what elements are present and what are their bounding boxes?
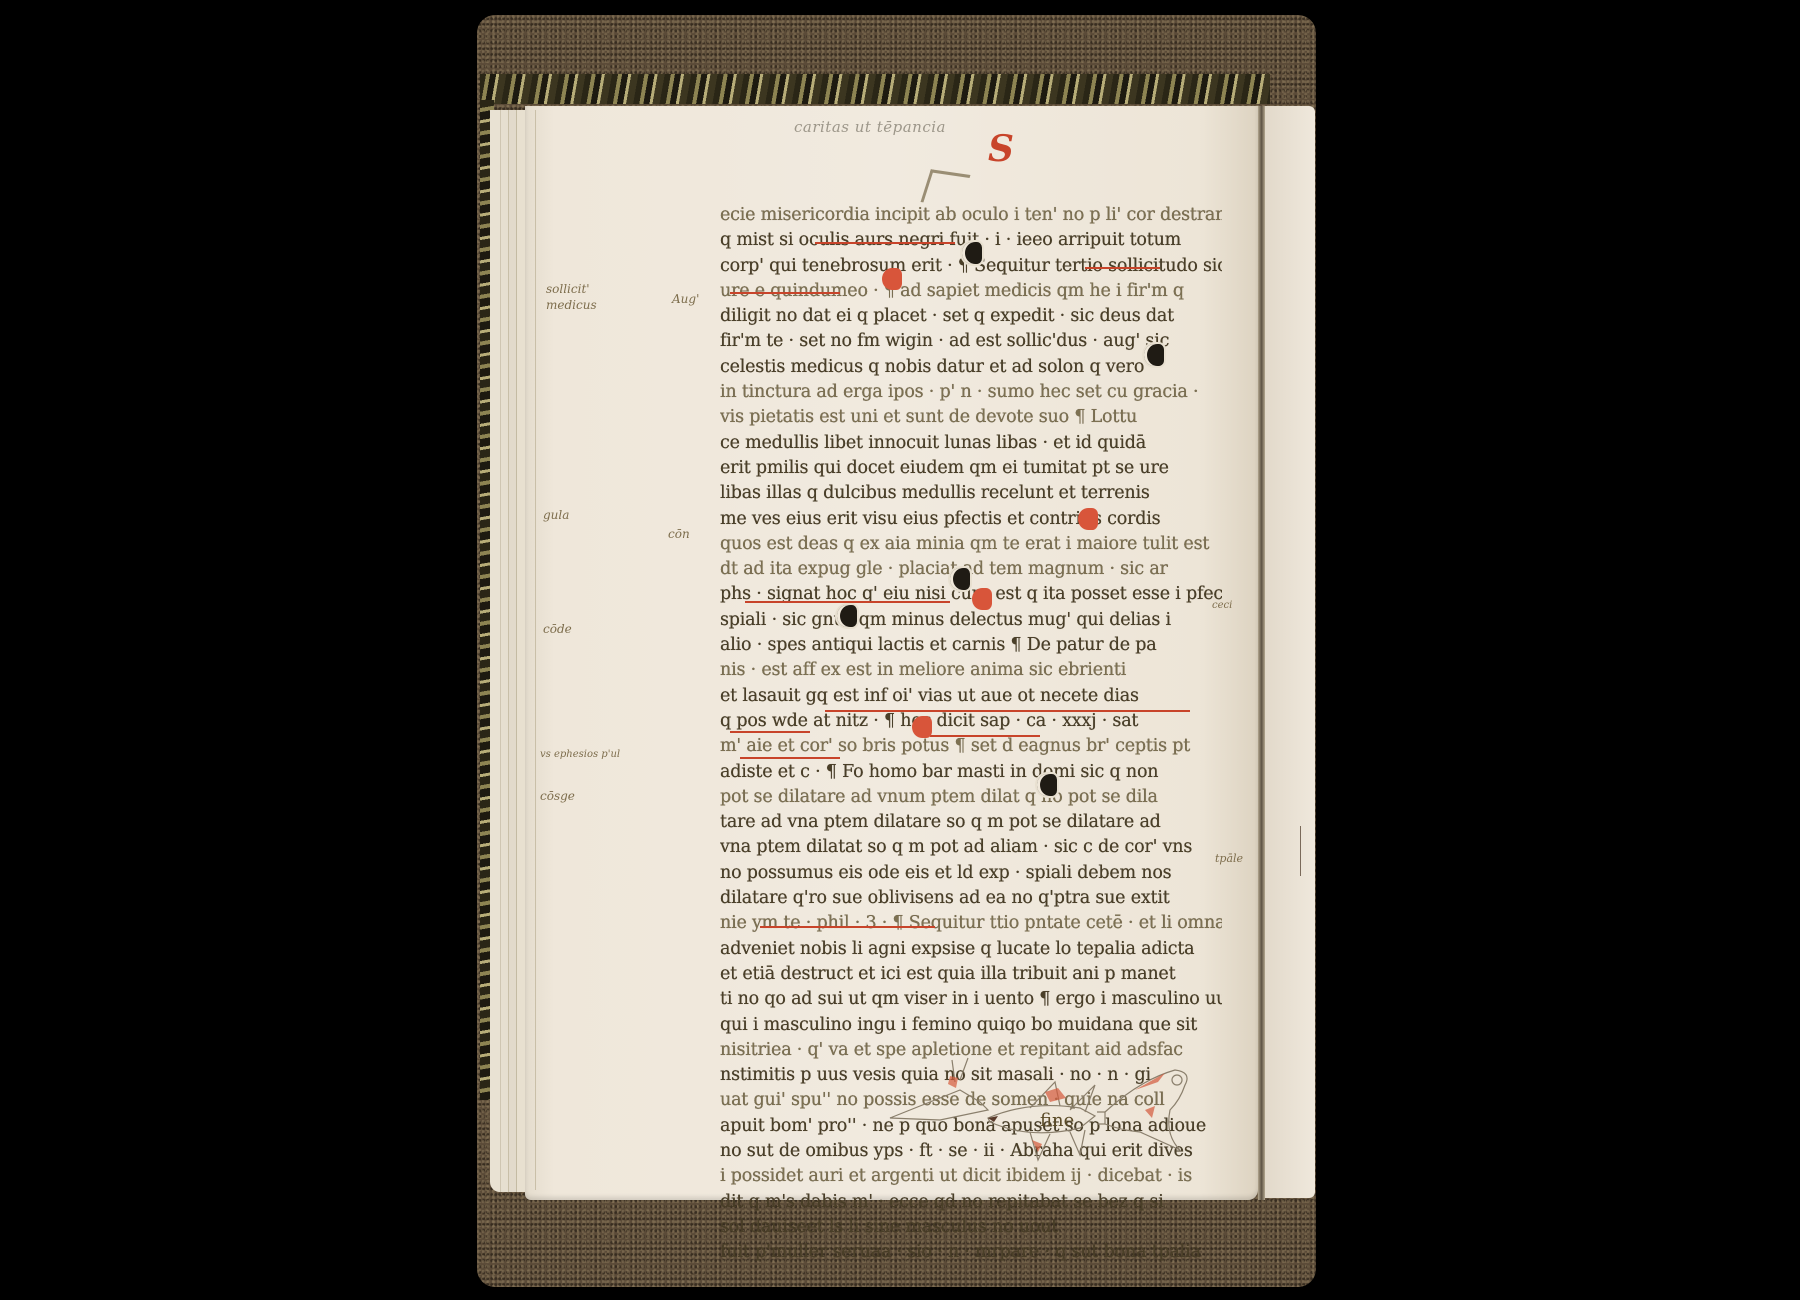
text-line: qui i masculino ingu i femino quiqo bo m… xyxy=(720,1013,1222,1038)
margin-note: cōsge xyxy=(540,789,575,803)
margin-note: Aug' xyxy=(672,292,699,306)
margin-note: sollicit' xyxy=(546,282,590,296)
facing-page-mark xyxy=(1300,826,1301,876)
facing-page-strip xyxy=(1265,106,1315,1198)
text-line: tare ad vna ptem dilatare so q m pot se … xyxy=(720,810,1222,835)
paragraph-initial-black xyxy=(835,603,859,629)
margin-note: tpāle xyxy=(1215,852,1243,865)
text-line: in tinctura ad erga ipos · p' n · sumo h… xyxy=(720,380,1222,405)
paragraph-initial-black xyxy=(960,240,984,266)
book-gutter xyxy=(1258,106,1265,1200)
text-line: et etiā destruct et ici est quia illa tr… xyxy=(720,962,1222,987)
text-line: dit q m's dabis m' · ecce qd no repitaba… xyxy=(720,1190,1222,1215)
rubric-underline xyxy=(815,242,955,244)
paragraph-initial-red xyxy=(882,268,902,290)
text-line: ti no qo ad sui ut qm viser in i uento ¶… xyxy=(720,987,1222,1012)
text-line: nie ym te · phil · 3 · ¶ Sequitur ttio p… xyxy=(720,911,1222,936)
text-line: libas illas q dulcibus medullis recelunt… xyxy=(720,481,1222,506)
margin-note: cōn xyxy=(668,527,690,541)
text-line: ce medullis libet innocuit lunas libas ·… xyxy=(720,431,1222,456)
marbled-binding-edge xyxy=(480,74,1270,104)
text-line: diligit no dat ei q placet · set q exped… xyxy=(720,304,1222,329)
rubric-underline xyxy=(730,292,840,294)
running-head: caritas ut tēpancia xyxy=(794,118,946,136)
text-line: ecie misericordia incipit ab oculo i ten… xyxy=(720,203,1222,228)
text-line: spiali · sic gnus qm minus delectus mug'… xyxy=(720,608,1222,633)
rubric-underline xyxy=(730,731,810,733)
rubric-underline xyxy=(740,757,840,759)
text-line: alio · spes antiqui lactis et carnis ¶ D… xyxy=(720,633,1222,658)
text-line: quos est deas q ex aia minia qm te erat … xyxy=(720,532,1222,557)
rubric-underline xyxy=(760,926,935,928)
text-line: dilatare q'ro sue oblivisens ad ea no q'… xyxy=(720,886,1222,911)
text-line: et lasauit gq est inf oi' vias ut aue ot… xyxy=(720,684,1222,709)
text-line: adveniet nobis li agni expsise q lucate … xyxy=(720,937,1222,962)
text-line: no possumus eis ode eis et ld exp · spia… xyxy=(720,861,1222,886)
text-line: vis pietatis est uni et sunt de devote s… xyxy=(720,405,1222,430)
page-ruling-line xyxy=(535,110,536,1190)
margin-note: gula xyxy=(543,508,569,522)
paragraph-initial-red xyxy=(972,588,992,610)
text-line: m' aie et cor' so bris potus ¶ set d eag… xyxy=(720,734,1222,759)
rubric-underline xyxy=(825,710,1190,712)
text-line: nis · est aff ex est in meliore anima si… xyxy=(720,658,1222,683)
fish-drawing-icon: fine xyxy=(880,1040,1220,1180)
margin-note: vs ephesios p'ul xyxy=(540,749,620,760)
text-line: me ves eius erit visu eius pfectis et co… xyxy=(720,507,1222,532)
text-line: fuit p'muller seruaa · sio · n · mrpare … xyxy=(720,1240,1222,1265)
rubric-letter: S xyxy=(988,128,1014,170)
text-line: sol dauiseet ls li sine masculus no uout xyxy=(720,1215,1222,1240)
margin-note: ceci xyxy=(1212,600,1232,611)
paragraph-initial-red xyxy=(1078,508,1098,530)
text-line: adiste et c · ¶ Fo homo bar masti in dom… xyxy=(720,760,1222,785)
margin-note: medicus xyxy=(546,298,597,312)
margin-note: cōde xyxy=(543,622,572,636)
text-line: erit pmilis qui docet eiudem qm ei tumit… xyxy=(720,456,1222,481)
paragraph-initial-black xyxy=(1142,342,1166,368)
paragraph-initial-black xyxy=(1035,772,1059,798)
page-stack-edge xyxy=(490,110,530,1192)
fish-caption: fine xyxy=(1040,1110,1074,1131)
text-line: pot se dilatare ad vnum ptem dilat q no … xyxy=(720,785,1222,810)
rubric-underline xyxy=(1085,267,1160,269)
paragraph-initial-red xyxy=(912,716,932,738)
paragraph-initial-black xyxy=(948,566,972,592)
text-line: vna ptem dilatat so q m pot ad aliam · s… xyxy=(720,835,1222,860)
rubric-underline xyxy=(930,735,1040,737)
